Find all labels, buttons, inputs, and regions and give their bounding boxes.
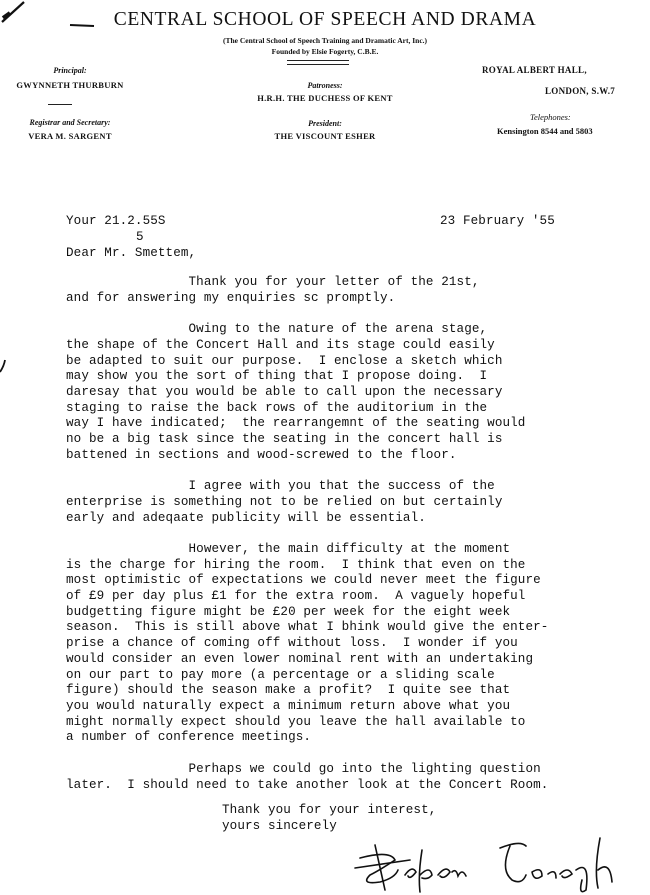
body-line <box>66 746 548 762</box>
school-name: CENTRAL SCHOOL OF SPEECH AND DRAMA <box>0 9 650 31</box>
body-line: the shape of the Concert Hall and its st… <box>66 338 548 354</box>
body-line: figure) should the season make a profit?… <box>66 683 548 699</box>
registrar-name: VERA M. SARGENT <box>5 131 135 141</box>
body-line: daresay that you would be able to call u… <box>66 385 548 401</box>
body-line: is the charge for hiring the room. I thi… <box>66 558 548 574</box>
reference-line: Your 21.2.55S <box>66 214 166 230</box>
body-line: Perhaps we could go into the lighting qu… <box>66 762 548 778</box>
telephone-numbers: Kensington 8544 and 5803 <box>497 126 593 136</box>
patroness-label: Patroness: <box>180 81 470 90</box>
body-line: I agree with you that the success of the <box>66 479 548 495</box>
principal-name: GWYNNETH THURBURN <box>5 80 135 90</box>
body-line: on our part to pay more (a percentage or… <box>66 668 548 684</box>
body-line: early and adeqaate publicity will be ess… <box>66 511 548 527</box>
body-line: no be a big task since the seating in th… <box>66 432 548 448</box>
body-line: be adapted to suit our purpose. I enclos… <box>66 354 548 370</box>
body-line: Thank you for your letter of the 21st, <box>66 275 548 291</box>
body-line <box>66 463 548 479</box>
body-line: However, the main difficulty at the mome… <box>66 542 548 558</box>
address-line-2: LONDON, S.W.7 <box>545 86 615 96</box>
body-line: you would naturally expect a minimum ret… <box>66 699 548 715</box>
letter-body: Thank you for your letter of the 21st,an… <box>66 275 548 793</box>
handwritten-signature-icon <box>350 830 640 895</box>
reference-subscript: 5 <box>136 230 144 246</box>
school-subtitle: (The Central School of Speech Training a… <box>0 36 650 45</box>
body-line: of £9 per day plus £1 for the extra room… <box>66 589 548 605</box>
body-line <box>66 526 548 542</box>
body-line: most optimistic of expectations we could… <box>66 573 548 589</box>
body-line: prise a chance of coming off without los… <box>66 636 548 652</box>
body-line: a number of conference meetings. <box>66 730 548 746</box>
body-line: later. I should need to take another loo… <box>66 778 548 794</box>
body-line: budgetting figure might be £20 per week … <box>66 605 548 621</box>
president-name: THE VISCOUNT ESHER <box>180 131 470 141</box>
body-line: enterprise is something not to be relied… <box>66 495 548 511</box>
president-label: President: <box>180 119 470 128</box>
body-line: may show you the sort of thing that I pr… <box>66 369 548 385</box>
body-line: battened in sections and wood-screwed to… <box>66 448 548 464</box>
body-line: would consider an even lower nominal ren… <box>66 652 548 668</box>
letter-date: 23 February '55 <box>440 214 555 230</box>
body-line: might normally expect should you leave t… <box>66 715 548 731</box>
registrar-label: Registrar and Secretary: <box>5 118 135 127</box>
body-line: and for answering my enquiries sc prompt… <box>66 291 548 307</box>
closing-line: Thank you for your interest, <box>222 803 436 819</box>
body-line: staging to raise the back rows of the au… <box>66 401 548 417</box>
letterhead-divider <box>287 60 349 65</box>
principal-label: Principal: <box>30 66 110 75</box>
body-line: way I have indicated; the rearrangemnt o… <box>66 416 548 432</box>
salutation: Dear Mr. Smettem, <box>66 246 196 262</box>
founder-line: Founded by Elsie Fogerty, C.B.E. <box>0 47 650 56</box>
telephones-label: Telephones: <box>530 112 571 122</box>
body-line <box>66 306 548 322</box>
left-divider <box>48 104 72 105</box>
address-line-1: ROYAL ALBERT HALL, <box>482 65 587 75</box>
body-line: season. This is still above what I bhink… <box>66 620 548 636</box>
patroness-name: H.R.H. THE DUCHESS OF KENT <box>180 93 470 103</box>
body-line: Owing to the nature of the arena stage, <box>66 322 548 338</box>
